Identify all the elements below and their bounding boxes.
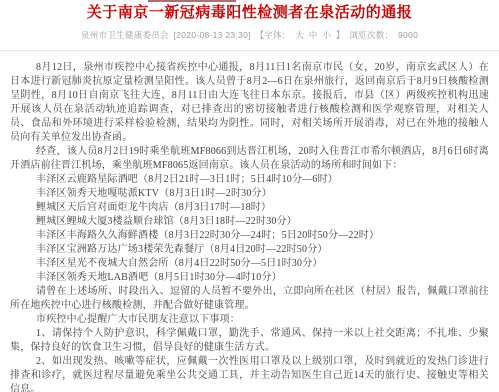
venue-line-1: 丰泽区云鹿路星际酒吧（8月2日21时—3日1时；5日4时10分—6时） (10, 173, 489, 187)
source-name: 泉州市卫生健康委员会 (81, 30, 169, 40)
venue-line-5: 丰泽区丰海路久久海鲜酒楼（8月3日22时30分—24时；5日20时50分—22时… (10, 229, 489, 243)
paragraph-public-notice: 请曾在上述场所、时段出入、逗留的人员暂不要外出，立即向所在社区（村居）报告，佩戴… (10, 285, 489, 313)
font-size-large-link[interactable]: 大 (295, 30, 304, 40)
publish-timestamp: [2020-08-13 23:30] (174, 30, 251, 40)
venue-line-6: 丰泽区宝洲路万达广场3楼荣先森餐厅（8月4日20时—22时50分） (10, 243, 489, 257)
views-label: 浏览次数： (349, 30, 393, 40)
paragraph-investigation: 经查，该人员8月2日19时乘坐航班MF8066到达晋江机场，20时入住晋江市希尔… (10, 145, 489, 173)
font-size-label-close: 】 (336, 30, 345, 40)
paragraph-intro: 8月12日，泉州市疾控中心接省疾控中心通报，8月11日1名南京市民（女，20岁，… (10, 61, 489, 145)
font-size-medium-link[interactable]: 中 (309, 30, 318, 40)
venue-line-7: 丰泽区星光不夜城大自然会所（8月4日22时50分—5日1时30分） (10, 257, 489, 271)
venue-line-8: 丰泽区领秀天地LAB酒吧（8月5日1时30分—4时10分） (10, 271, 489, 285)
venue-line-4: 鲤城区鲤城大厦3楼益顺台球馆（8月3日18时—22时30分） (10, 215, 489, 229)
venue-line-3: 鲤城区天后宫对面炬龙牛肉店（8月3日17时—18时） (10, 201, 489, 215)
cutoff-content-fragment (148, 0, 236, 2)
paragraph-tip-1: 1、请保持个人防护意识，科学佩戴口罩，勤洗手、常通风、保持一米以上社交距离；不扎… (10, 327, 489, 355)
paragraph-tip-2: 2、如出现发热、咳嗽等症状，应佩戴一次性医用口罩及以上级别口罩，及时到就近的发热… (10, 355, 489, 392)
paragraph-reminder-lead: 市疾控中心提醒广大市民朋友注意以下事项： (10, 313, 489, 327)
font-size-small-link[interactable]: 小 (322, 30, 331, 40)
font-size-label-open: 【字体： (256, 30, 291, 40)
views-count: 9000 (398, 30, 418, 40)
venue-line-2: 丰泽区领秀天地嘎哒派KTV（8月3日1时—2时30分） (10, 187, 489, 201)
article-body: 8月12日，泉州市疾控中心接省疾控中心通报，8月11日1名南京市民（女，20岁，… (0, 51, 499, 392)
meta-bar: 泉州市卫生健康委员会 [2020-08-13 23:30] 【字体： 大 中 小… (0, 29, 499, 41)
page-title: 关于南京一新冠病毒阳性检测者在泉活动的通报 (14, 4, 485, 22)
